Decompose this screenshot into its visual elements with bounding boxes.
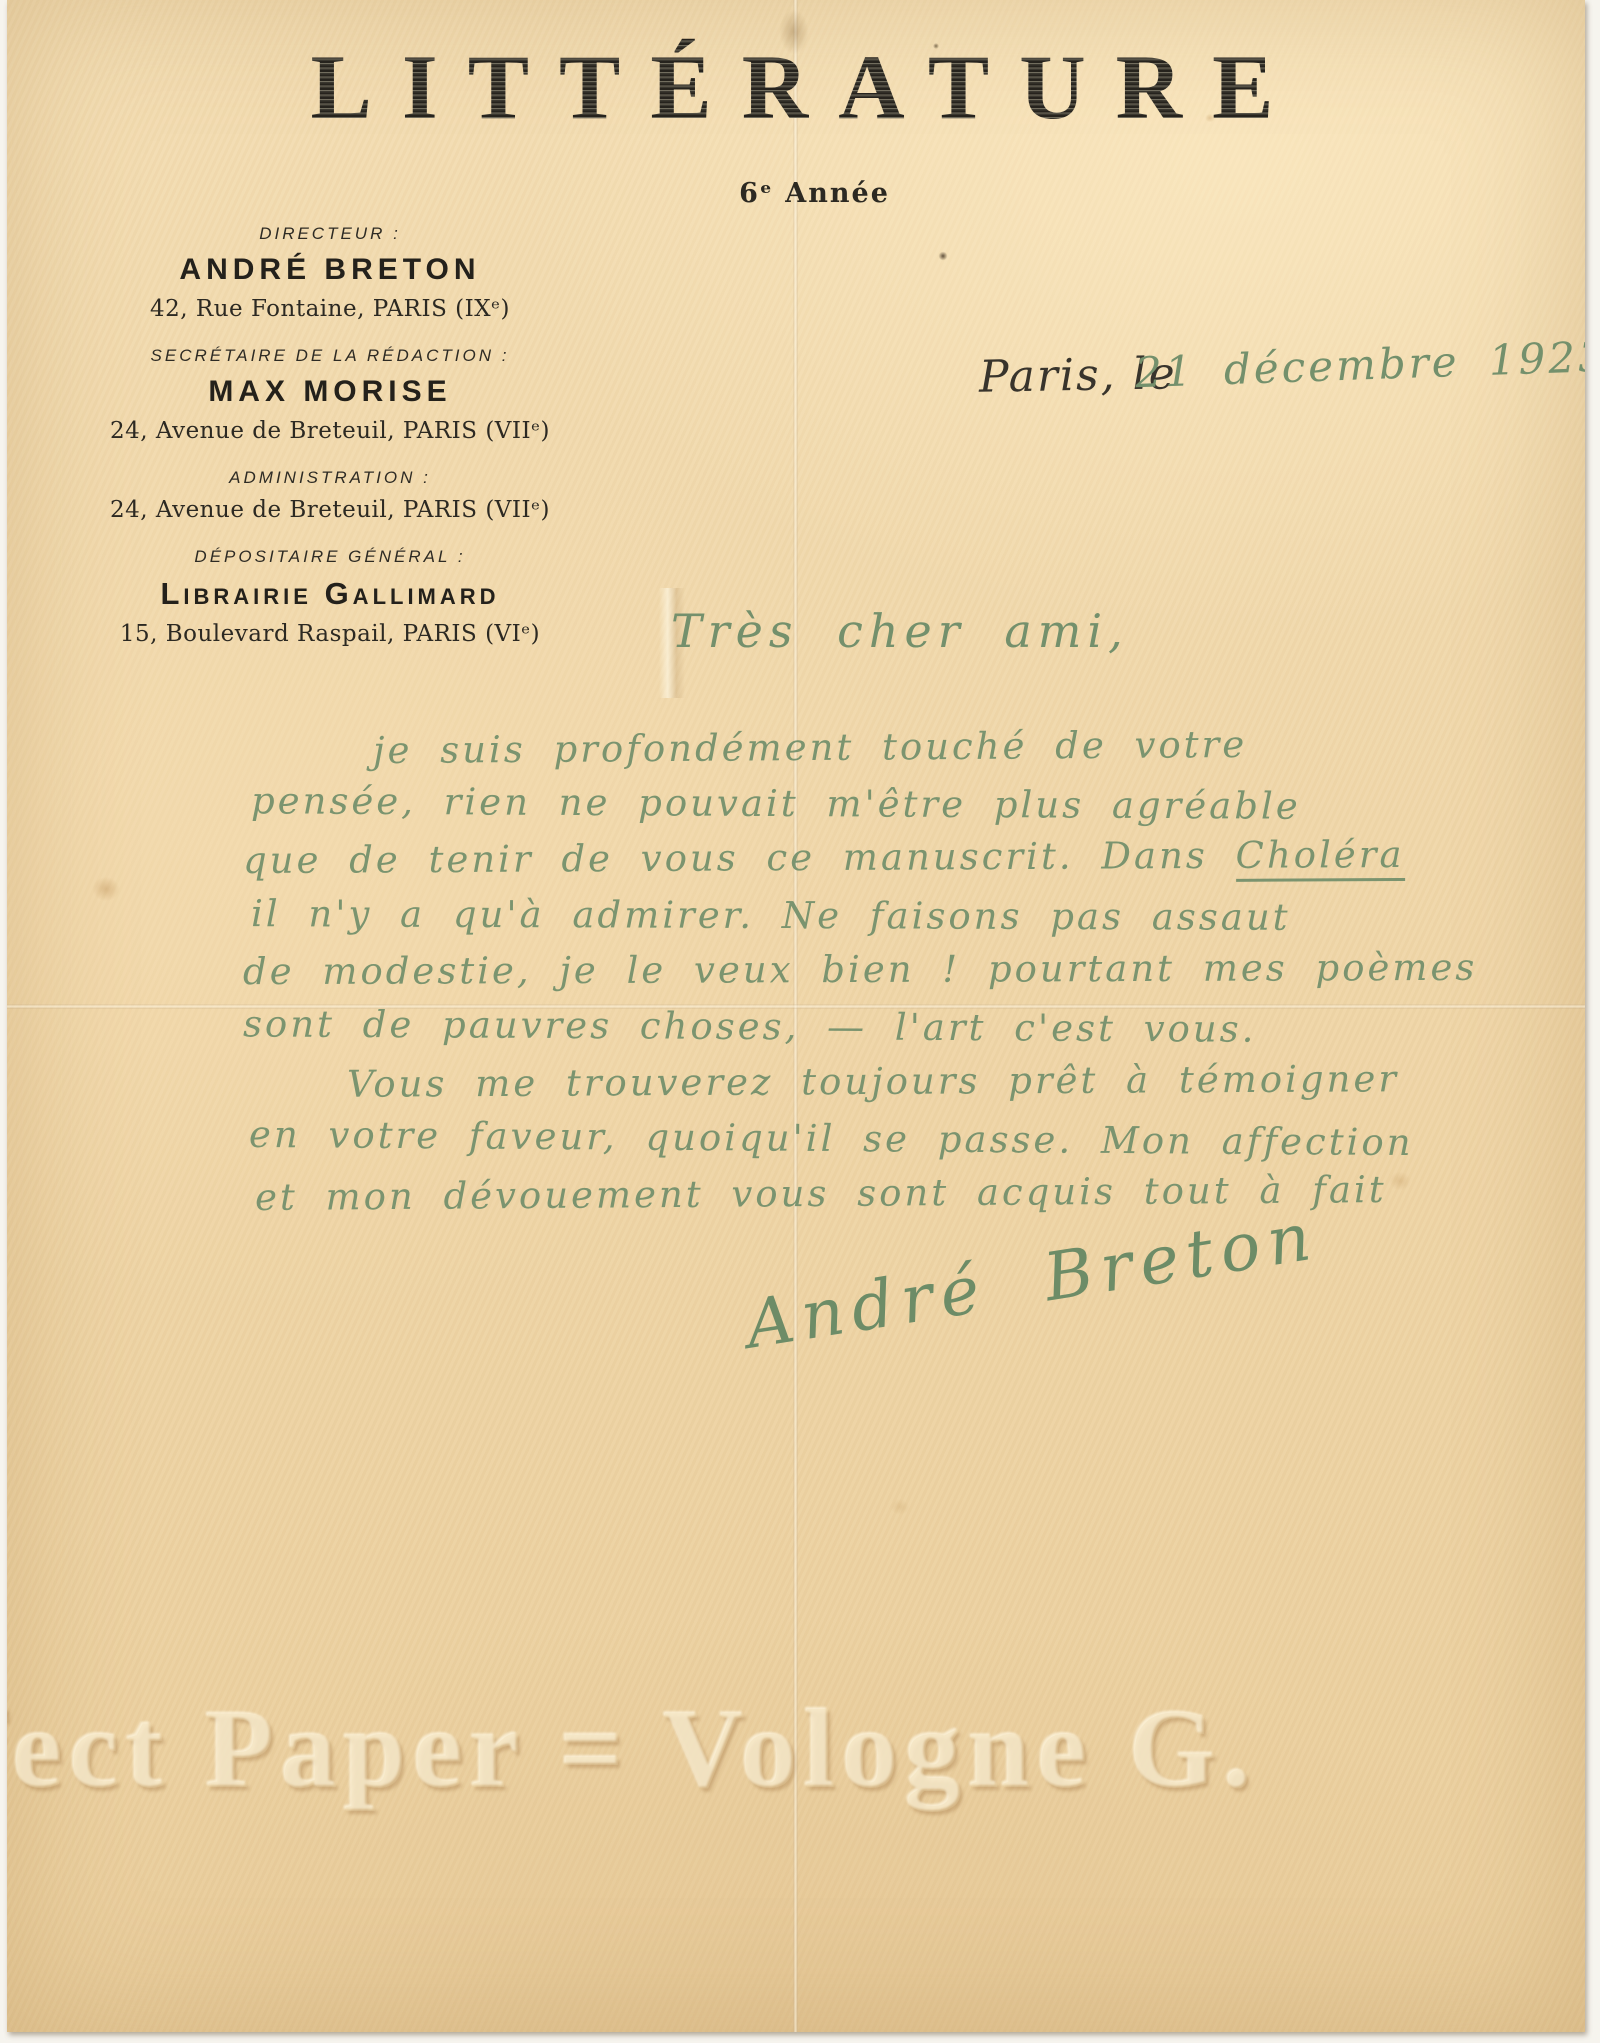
foxing-stain bbox=[1385, 1168, 1415, 1194]
foxing-stain bbox=[87, 872, 125, 906]
handwritten-line: je suis profondément touché de votre bbox=[373, 723, 1247, 772]
person-name: ANDRÉ BRETON bbox=[95, 253, 565, 287]
company-name: Librairie Gallimard bbox=[95, 576, 565, 612]
role-label: SECRÉTAIRE DE LA RÉDACTION : bbox=[95, 346, 565, 366]
address-line: 42, Rue Fontaine, PARIS (IXᵉ) bbox=[95, 296, 565, 322]
address-line: 24, Avenue de Breteuil, PARIS (VIIᵉ) bbox=[95, 418, 565, 444]
underlined-title-cholera: Choléra bbox=[1235, 833, 1404, 882]
handwritten-line: sont de pauvres choses, — l'art c'est vo… bbox=[243, 1002, 1257, 1050]
address-line: 15, Boulevard Raspail, PARIS (VIᵉ) bbox=[95, 621, 565, 647]
handwritten-line: que de tenir de vous ce manuscrit. Dans … bbox=[243, 833, 1405, 882]
role-label: DIRECTEUR : bbox=[95, 224, 565, 244]
letterhead-entry-secretaire: SECRÉTAIRE DE LA RÉDACTION : MAX MORISE … bbox=[95, 346, 565, 444]
magazine-title: LITTÉRATURE bbox=[7, 34, 1577, 140]
person-name: MAX MORISE bbox=[95, 375, 565, 409]
handwritten-text: que de tenir de vous ce manuscrit. Dans bbox=[243, 834, 1236, 882]
signature-andre-breton: André Breton bbox=[741, 1197, 1324, 1363]
role-label: DÉPOSITAIRE GÉNÉRAL : bbox=[95, 547, 565, 567]
foxing-stain bbox=[887, 1496, 913, 1518]
role-label: ADMINISTRATION : bbox=[95, 468, 565, 488]
handwritten-line: il n'y a qu'à admirer. Ne faisons pas as… bbox=[251, 892, 1291, 939]
letterhead-block: DIRECTEUR : ANDRÉ BRETON 42, Rue Fontain… bbox=[95, 224, 565, 671]
handwritten-line: pensée, rien ne pouvait m'être plus agré… bbox=[251, 779, 1301, 827]
address-line: 24, Avenue de Breteuil, PARIS (VIIᵉ) bbox=[95, 497, 565, 523]
embossed-paper-watermark: fect Paper = Vologne G. bbox=[7, 1686, 1585, 1815]
paper-sheet: fect Paper = Vologne G. LITTÉRATURE 6ᵉ A… bbox=[7, 0, 1585, 2032]
handwritten-line: de modestie, je le veux bien ! pourtant … bbox=[243, 946, 1477, 993]
year-label: 6ᵉ Année bbox=[7, 178, 1585, 209]
ink-speck-stain bbox=[937, 250, 949, 262]
letterhead-entry-depositaire: DÉPOSITAIRE GÉNÉRAL : Librairie Gallimar… bbox=[95, 547, 565, 647]
salutation: Très cher ami, bbox=[671, 604, 1129, 658]
scanned-letter-page: fect Paper = Vologne G. LITTÉRATURE 6ᵉ A… bbox=[0, 0, 1600, 2043]
handwritten-date: 21 décembre 1923 bbox=[1134, 332, 1585, 397]
handwritten-line: Vous me trouverez toujours prêt à témoig… bbox=[347, 1057, 1399, 1106]
letterhead-entry-administration: ADMINISTRATION : 24, Avenue de Breteuil,… bbox=[95, 468, 565, 523]
handwritten-line: en votre faveur, quoiqu'il se passe. Mon… bbox=[249, 1113, 1414, 1164]
letterhead-entry-directeur: DIRECTEUR : ANDRÉ BRETON 42, Rue Fontain… bbox=[95, 224, 565, 322]
